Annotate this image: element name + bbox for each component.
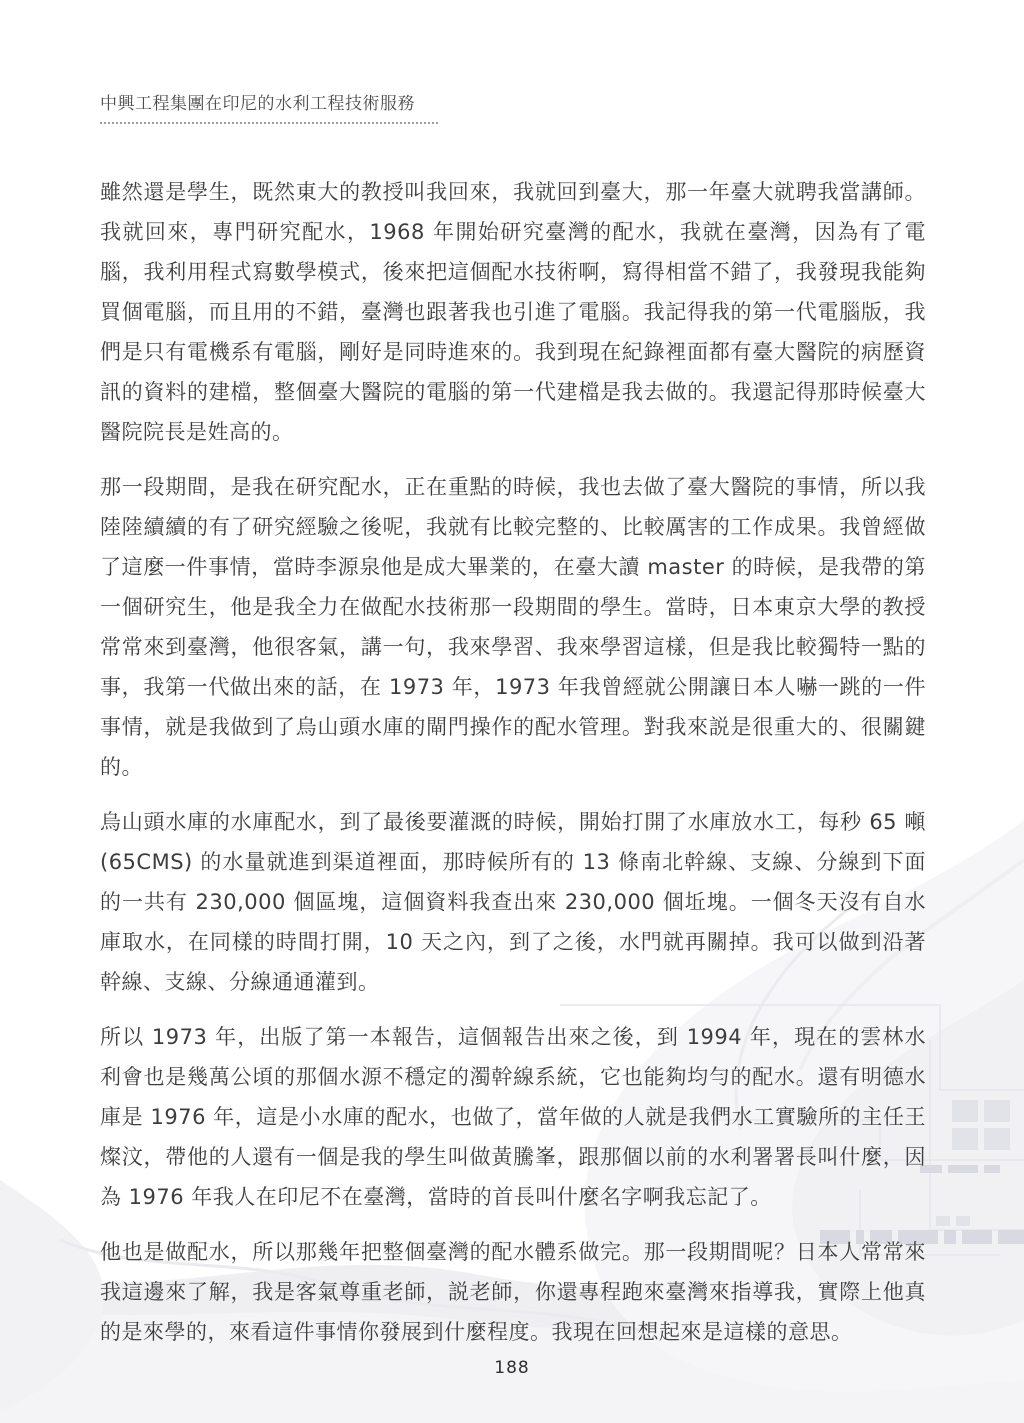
- paragraph-5: 他也是做配水，所以那幾年把整個臺灣的配水體系做完。那一段期間呢？日本人常常來我這…: [100, 1232, 926, 1352]
- chapter-title: 中興工程集團在印尼的水利工程技術服務: [100, 92, 926, 116]
- paragraph-4: 所以 1973 年，出版了第一本報告，這個報告出來之後，到 1994 年，現在的…: [100, 1017, 926, 1217]
- running-header: 中興工程集團在印尼的水利工程技術服務: [100, 92, 926, 124]
- body-text: 雖然還是學生，既然東大的教授叫我回來，我就回到臺大，那一年臺大就聘我當講師。我就…: [100, 172, 926, 1367]
- paragraph-1: 雖然還是學生，既然東大的教授叫我回來，我就回到臺大，那一年臺大就聘我當講師。我就…: [100, 172, 926, 452]
- page-footer: 188: [0, 1358, 1024, 1378]
- paragraph-3: 烏山頭水庫的水庫配水，到了最後要灌溉的時候，開始打開了水庫放水工，每秒 65 噸…: [100, 802, 926, 1002]
- page-number: 188: [494, 1358, 529, 1378]
- dotted-divider: [100, 122, 438, 124]
- paragraph-2: 那一段期間，是我在研究配水，正在重點的時候，我也去做了臺大醫院的事情，所以我陸陸…: [100, 467, 926, 787]
